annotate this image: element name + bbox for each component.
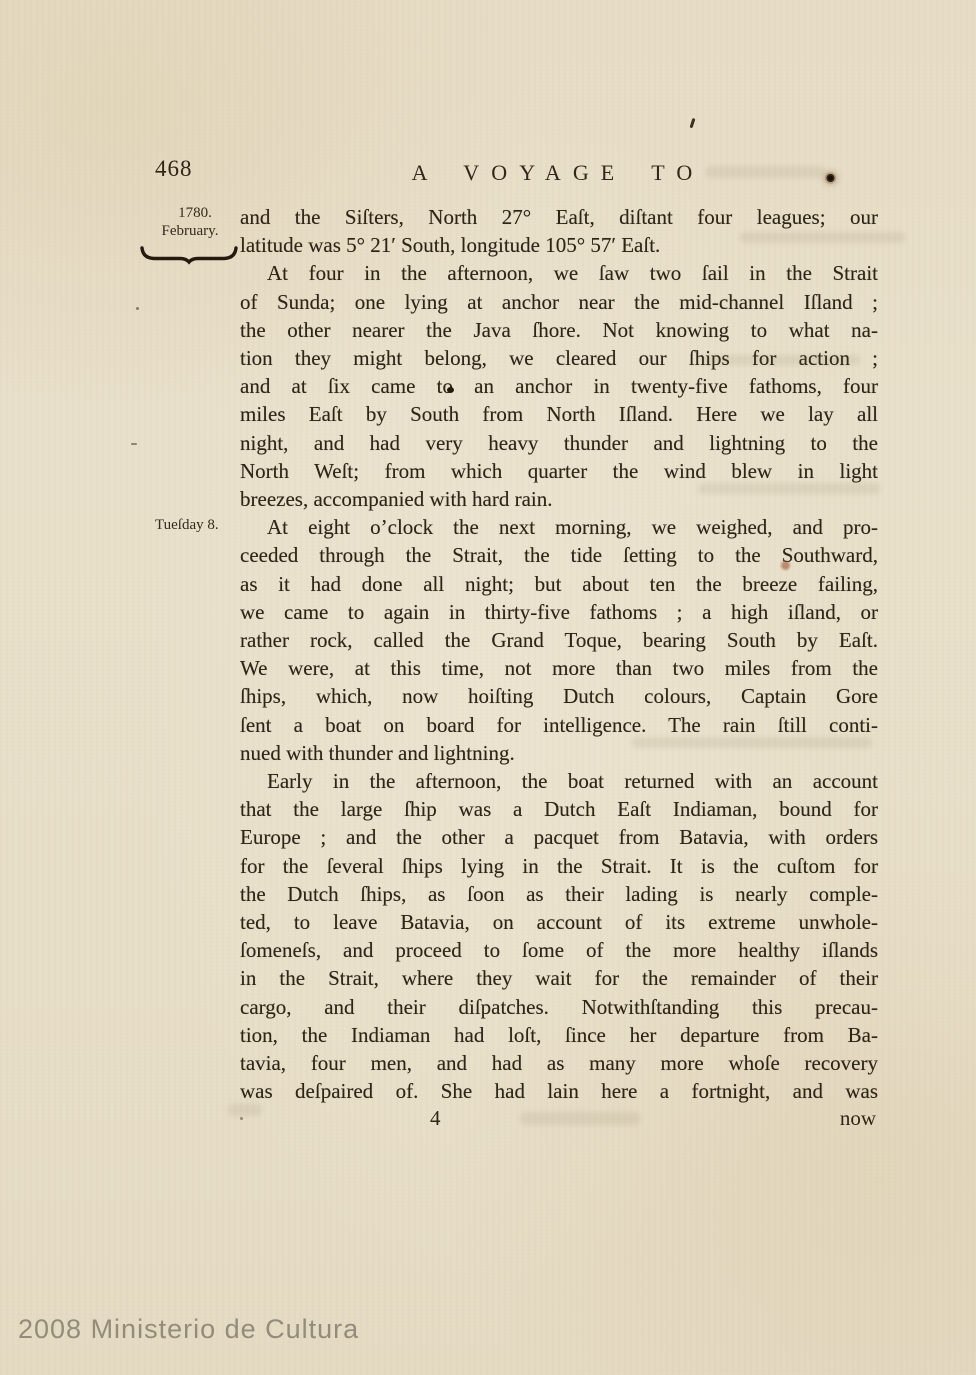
show-through-smudge [705, 166, 825, 178]
text-line: ſhips, which, now hoiſting Dutch colours… [240, 682, 878, 710]
margin-year: 1780. [146, 204, 234, 222]
text-line: tavia, four men, and had as many more wh… [240, 1049, 878, 1077]
watermark: 2008 Ministerio de Cultura [18, 1314, 359, 1345]
text-line: that the large ſhip was a Dutch Eaſt Ind… [240, 795, 878, 823]
text-line: we came to again in thirty-five fathoms … [240, 598, 878, 626]
text-line: Europe ; and the other a pacquet from Ba… [240, 823, 878, 851]
underbrace-ornament [139, 245, 239, 270]
running-title: A VOYAGE TO [412, 160, 705, 186]
paper-speck [240, 1117, 243, 1120]
ink-tick-mark [690, 118, 695, 128]
text-line: for the ſeveral ſhips lying in the Strai… [240, 852, 878, 880]
margin-month: February. [146, 222, 234, 240]
text-line: night, and had very heavy thunder and li… [240, 429, 878, 457]
text-line: ted, to leave Batavia, on account of its… [240, 908, 878, 936]
text-line: miles Eaſt by South from North Iſland. H… [240, 400, 878, 428]
text-line: and the Siſters, North 27° Eaſt, diſtant… [240, 203, 878, 231]
body-text: and the Siſters, North 27° Eaſt, diſtant… [240, 203, 878, 1106]
text-line: tion they might belong, we cleared our ſ… [240, 344, 878, 372]
text-line: ſomeneſs, and proceed to ſome of the mor… [240, 936, 878, 964]
text-line: ſent a boat on board for intelligence. T… [240, 711, 878, 739]
text-line: North Weſt; from which quarter the wind … [240, 457, 878, 485]
page-foot-row: 4 now [240, 1106, 878, 1136]
text-line: of Sunda; one lying at anchor near the m… [240, 288, 878, 316]
catchword: now [840, 1106, 876, 1131]
text-line: and at ſix came to an anchor in twenty-f… [240, 372, 878, 400]
text-line: was deſpaired of. She had lain here a fo… [240, 1077, 878, 1105]
text-line: the other nearer the Java ſhore. Not kno… [240, 316, 878, 344]
text-line: the Dutch ſhips, as ſoon as their lading… [240, 880, 878, 908]
ink-blot [824, 172, 837, 184]
text-line: as it had done all night; but about ten … [240, 570, 878, 598]
margin-date-note: 1780. February. [146, 204, 234, 240]
page-number: 468 [155, 156, 193, 182]
text-line: cargo, and their diſpatches. Notwithſtan… [240, 993, 878, 1021]
signature-mark: 4 [430, 1106, 441, 1131]
paper-speck [136, 307, 139, 310]
ink-dot [447, 387, 454, 393]
text-line: We were, at this time, not more than two… [240, 654, 878, 682]
margin-day-note: Tueſday 8. [155, 517, 219, 534]
text-line: At four in the afternoon, we ſaw two ſai… [240, 259, 878, 287]
text-line: rather rock, called the Grand Toque, bea… [240, 626, 878, 654]
text-line: At eight o’clock the next morning, we we… [240, 513, 878, 541]
text-line: latitude was 5° 21′ South, longitude 105… [240, 231, 878, 259]
paper-speck [131, 443, 137, 445]
text-line: Early in the afternoon, the boat returne… [240, 767, 878, 795]
text-line: breezes, accompanied with hard rain. [240, 485, 878, 513]
foxing-stain [781, 561, 790, 570]
text-line: in the Strait, where they wait for the r… [240, 964, 878, 992]
book-page-scan: 468 A VOYAGE TO 1780. February. Tueſday … [0, 0, 976, 1375]
text-line: nued with thunder and lightning. [240, 739, 878, 767]
text-line: tion, the Indiaman had loſt, ſince her d… [240, 1021, 878, 1049]
